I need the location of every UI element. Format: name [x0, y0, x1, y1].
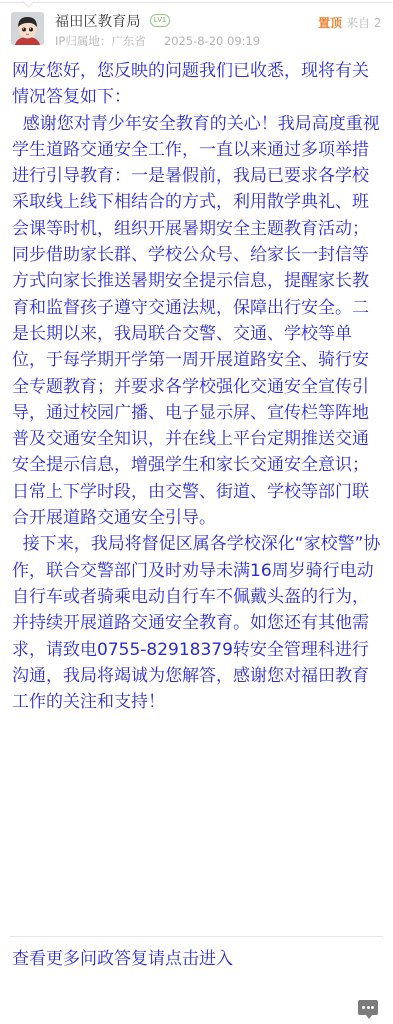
reply-content: 网友您好，您反映的问题我们已收悉，现将有关情况答复如下： 感谢您对青少年安全教育… [12, 58, 384, 715]
post-meta: IP归属地：广东省2025-8-20 09:19 [55, 33, 260, 49]
ip-label: IP归属地： [55, 34, 111, 48]
timestamp: 2025-8-20 09:19 [164, 34, 260, 48]
reply-paragraph-greeting: 网友您好，您反映的问题我们已收悉，现将有关情况答复如下： [12, 58, 384, 111]
more-replies-link[interactable]: 查看更多问政答复请点击进入 [12, 944, 233, 969]
comment-icon[interactable] [358, 1000, 378, 1015]
avatar[interactable] [11, 12, 44, 45]
avatar-cartoon-icon [11, 12, 44, 45]
reply-paragraph-next-steps: 接下来，我局将督促区属各学校深化“家校警”协作，联合交警部门及时劝导未满16周岁… [12, 531, 384, 715]
ip-location: 广东省 [111, 34, 146, 48]
section-divider [10, 936, 383, 937]
author-name[interactable]: 福田区教育局 [55, 11, 141, 31]
source-label: 来自 2 [346, 14, 381, 31]
pinned-label: 置顶 [318, 14, 342, 31]
ellipsis-dots [362, 1006, 374, 1009]
level-badge: LV1 [150, 14, 170, 27]
post-header: 福田区教育局 LV1 IP归属地：广东省2025-8-20 09:19 置顶 来… [0, 0, 393, 52]
reply-paragraph-measures: 感谢您对青少年安全教育的关心！我局高度重视学生道路交通安全工作，一直以来通过多项… [12, 111, 384, 532]
